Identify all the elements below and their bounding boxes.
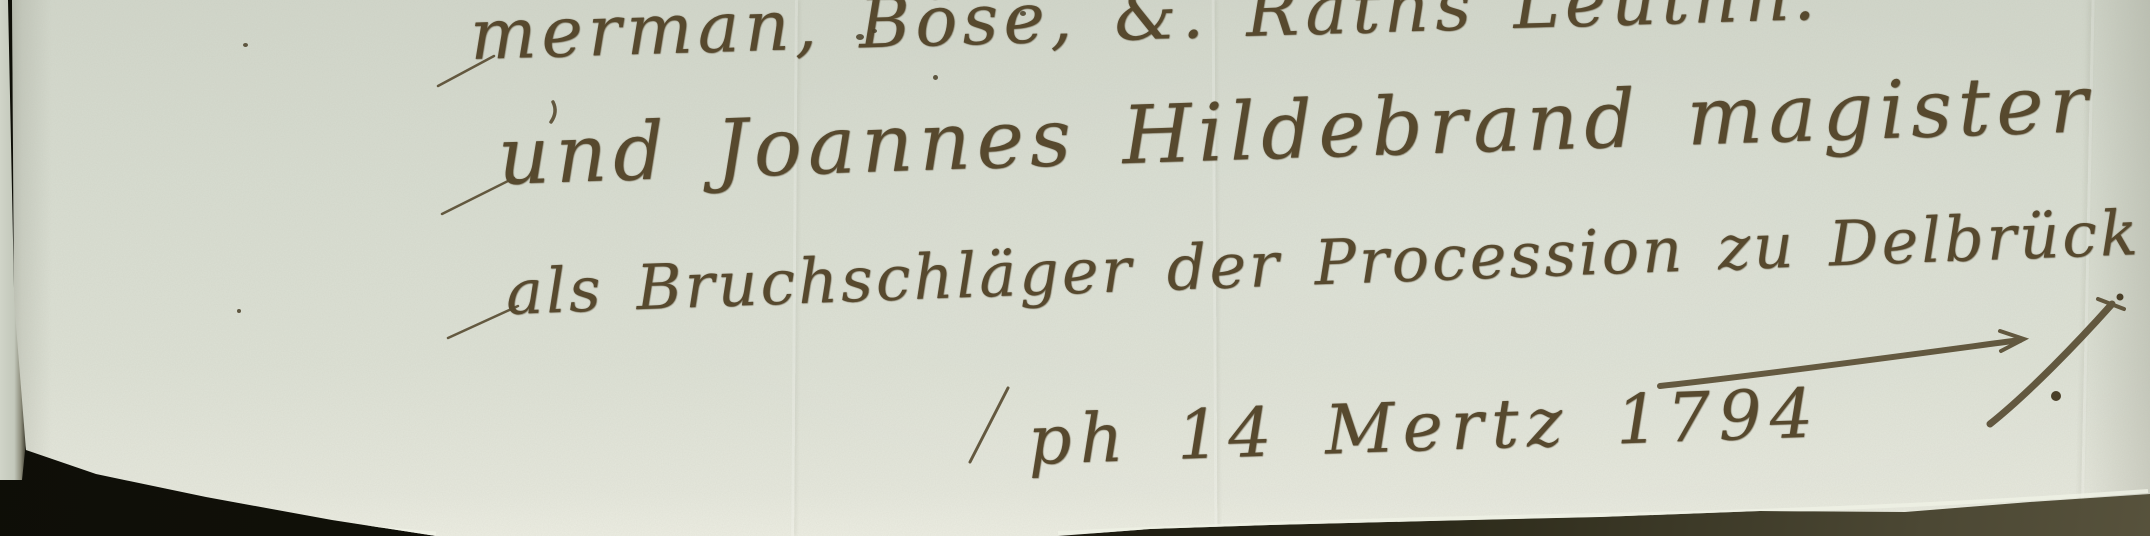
manuscript-photo: merman, Böse, &. Raths Leuthn: und Joann… <box>0 0 2150 536</box>
ink-speck <box>1020 11 1026 16</box>
ink-speck <box>872 29 877 33</box>
ink-speck <box>243 43 248 47</box>
ink-speck <box>933 75 938 80</box>
ink-speck <box>237 309 241 313</box>
ink-speck <box>856 34 864 40</box>
manuscript-page: merman, Böse, &. Raths Leuthn: und Joann… <box>0 0 2150 536</box>
